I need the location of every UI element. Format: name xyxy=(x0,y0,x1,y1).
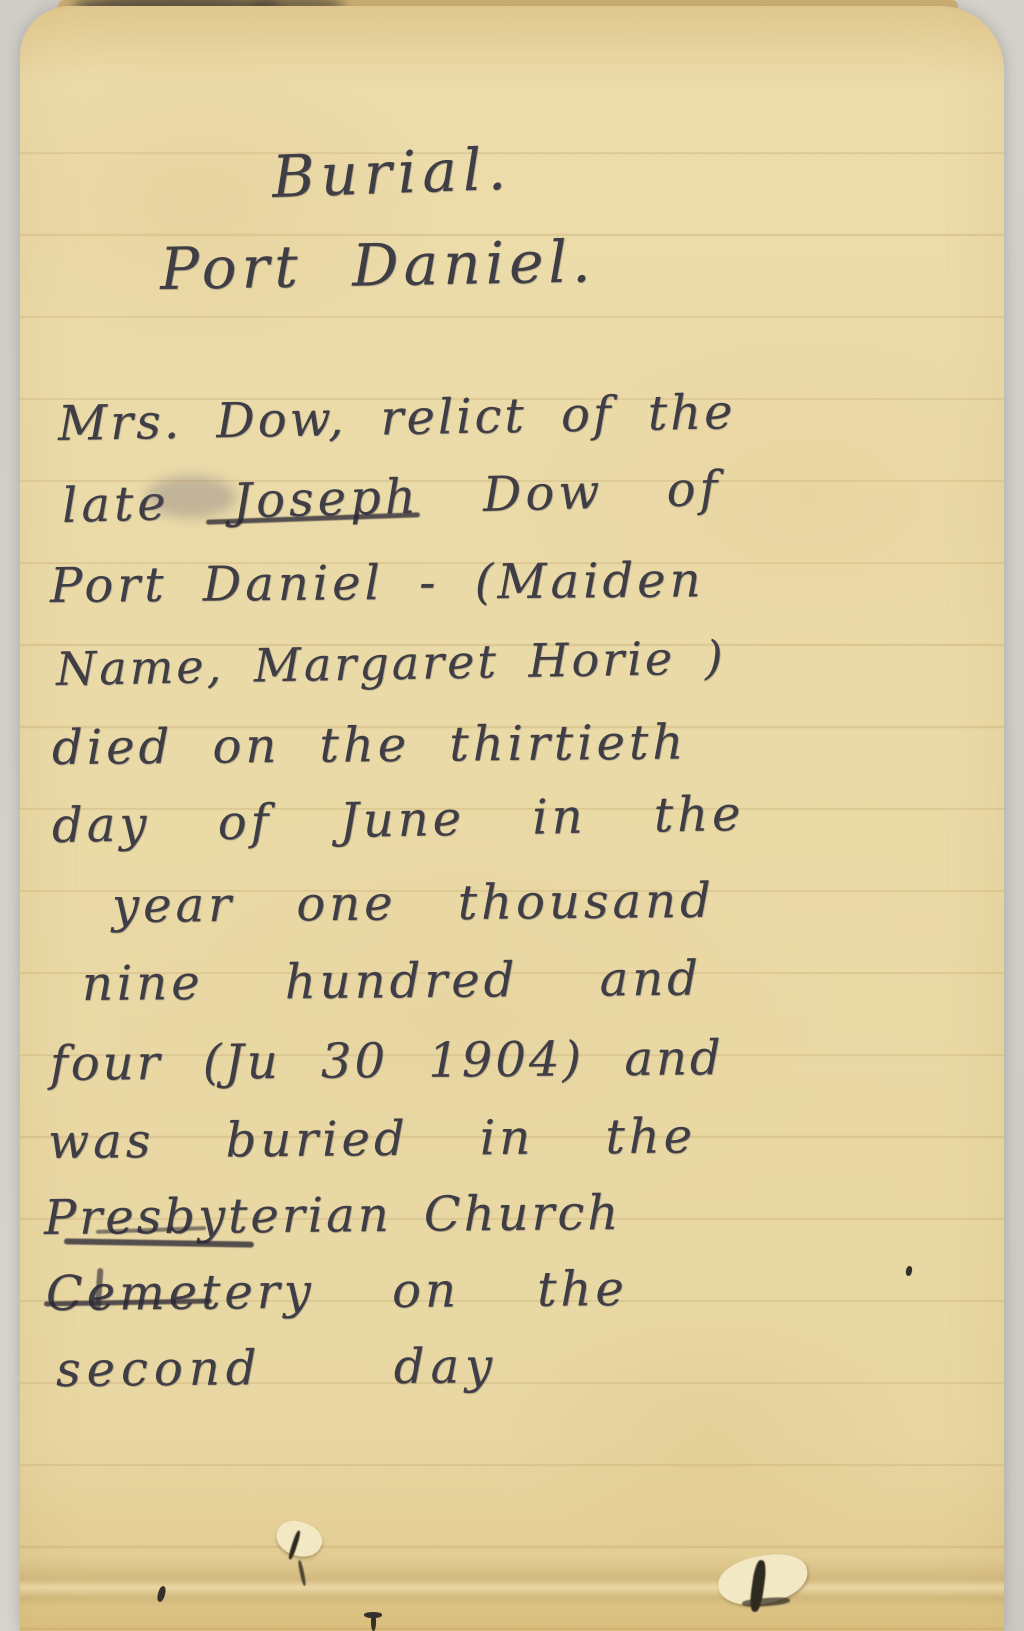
body-line: Name, Margaret Horie ) xyxy=(56,634,726,692)
body-line: Port Daniel - (Maiden xyxy=(50,556,705,610)
body-line: Cemetery on the xyxy=(46,1265,628,1318)
body-line: died on the thirtieth xyxy=(52,718,688,772)
body-line: nine hundred and xyxy=(82,955,702,1008)
heading-line-port-daniel: Port Daniel. xyxy=(159,232,595,298)
body-line: was buried in the xyxy=(48,1112,696,1166)
paper-crease xyxy=(20,1556,1004,1608)
body-line: second day xyxy=(56,1342,499,1394)
body-line: day of June in the xyxy=(52,790,745,850)
heading-line-burial: Burial. xyxy=(271,140,513,206)
ink-smudge-late xyxy=(146,476,236,518)
body-line: year one thousand xyxy=(112,877,715,930)
ink-mark-bottom xyxy=(371,1612,376,1631)
body-line: four (Ju 30 1904) and xyxy=(50,1034,724,1088)
body-line: Mrs. Dow, relict of the xyxy=(58,388,736,448)
body-line: Presbyterian Church xyxy=(44,1189,622,1242)
scanned-page-photo: Burial. Port Daniel. Mrs. Dow, relict of… xyxy=(0,0,1024,1631)
